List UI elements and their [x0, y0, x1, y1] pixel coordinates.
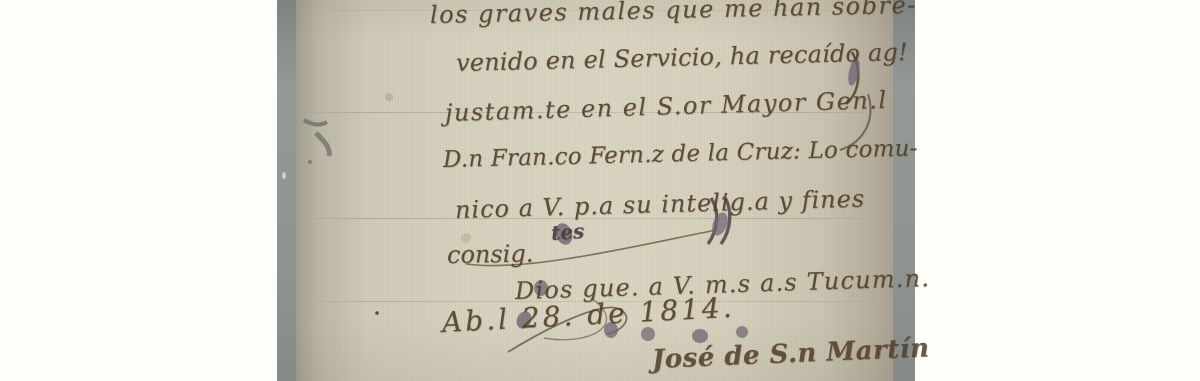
manuscript-line-6: consig.	[447, 239, 534, 269]
ink-blot	[692, 329, 708, 343]
paper-stain	[385, 93, 393, 101]
ink-blot	[641, 327, 655, 341]
mat-speck	[282, 172, 286, 179]
document-photo: los graves males que me han sobre- venid…	[277, 0, 915, 381]
ink-blot	[736, 326, 748, 338]
ink-smudge	[304, 120, 327, 124]
ink-smudge	[316, 133, 329, 156]
ink-smudge	[308, 160, 312, 164]
manuscript-paper: los graves males que me han sobre- venid…	[296, 0, 893, 381]
manuscript-insertion: tes	[550, 219, 585, 245]
page-background: los graves males que me han sobre- venid…	[0, 0, 1200, 381]
paper-speck	[375, 311, 379, 315]
